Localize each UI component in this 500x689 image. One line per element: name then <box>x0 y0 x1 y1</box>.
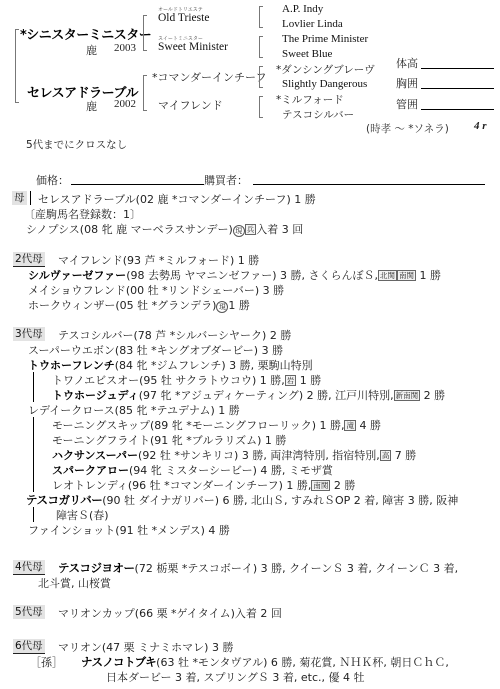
gen5-text: マリオンカップ(66 栗 *ゲイタイム)入着 2 回 <box>58 605 282 621</box>
brace-g3-4 <box>259 96 263 118</box>
gen2-row-1: シルヴァーゼファー(98 去勢馬 ヤマニンゼファー) 3 勝, さくらんぼＳ,北… <box>28 267 441 283</box>
gen3-row-8-name[interactable]: ハクサンスーパー <box>52 449 138 462</box>
shin-minamikan-region-icon: 新南関 <box>394 390 421 401</box>
sire-sire-name[interactable]: Old Trieste <box>158 12 209 24</box>
gen6-label: 6代母 <box>13 639 45 654</box>
gen3-row-13: ファインショット(91 牡 *メンデス) 4 勝 <box>28 522 230 538</box>
gen3-row-12: 障害Ｓ(春) <box>56 507 109 523</box>
gen3-row-10: レオトレンディ(96 牡 *コマンダーインチーフ) 1 勝,南関 2 勝 <box>52 477 355 493</box>
brace-g3-1 <box>259 6 263 28</box>
gen4-line-2: 北斗賞, 山桜賞 <box>38 575 111 591</box>
tree-line-1 <box>33 372 34 402</box>
g3-name-3[interactable]: The Prime Minister <box>282 33 368 45</box>
gen3-row-9-text: (94 牝 ミスターシービー) 4 勝, ミモザ賞 <box>129 464 333 477</box>
gen2-row-3-text: ホークウィンザー(05 牡 *グランデラ) <box>28 299 216 312</box>
minamikan-region-icon: 南関 <box>311 480 330 491</box>
gen3-row-8: ハクサンスーパー(92 牡 *サンキリコ) 3 勝, 両津湾特別, 指宿特別,高… <box>52 447 416 463</box>
g3-name-7[interactable]: *ミルフォード <box>276 92 344 107</box>
breeder-note: (時孝 ～ *ソネラ) <box>366 121 449 136</box>
chest-label: 胸囲 <box>396 75 418 91</box>
dam-offspring-text: シノプシス(08 牝 鹿 マーベラスサンデー) <box>26 223 233 236</box>
gen6-grandchild-line-1: ナスノコトブキ(63 牡 *モンタヴアル) 6 勝, 菊花賞, ＮＨＫ杯, 朝日… <box>81 654 449 670</box>
gen4-line-1: テスコジヨオー(72 栃栗 *テスコボーイ) 3 勝, クイーンＳ 3 着, ク… <box>58 560 458 576</box>
gen3-row-3-tail: 1 勝 <box>296 374 321 387</box>
gen2-row-3: ホークウィンザー(05 牡 *グランデラ)現1 勝 <box>28 297 250 313</box>
chest-input[interactable] <box>421 88 494 89</box>
gen2-row-3-tail: 1 勝 <box>228 299 250 312</box>
tree-line-3 <box>33 507 34 522</box>
dam-line-3: シノプシス(08 牝 鹿 マーベラスサンデー)現兵入着 3 回 <box>26 221 303 237</box>
dam-year: 2002 <box>114 98 136 110</box>
gen3-row-11-name[interactable]: テスコガリバー <box>26 493 102 507</box>
gen2-row-1-name[interactable]: シルヴァーゼファー <box>28 269 126 282</box>
buyer-input[interactable] <box>253 184 485 185</box>
gen2-label: 2代母 <box>13 252 45 267</box>
gen3-row-9-name[interactable]: スパークアロー <box>52 464 129 477</box>
dam-offspring-result: 入着 3 回 <box>256 223 303 236</box>
gen3-row-6: モーニングスキップ(89 牝 *モーニングフローリック) 1 勝,滝 4 勝 <box>52 417 381 433</box>
kitakan-region-icon: 北関 <box>378 270 397 281</box>
nagoya-region-icon: 滝 <box>344 420 356 431</box>
dam-line-2: 〔産駒馬名登録数：1〕 <box>24 206 141 222</box>
brace-g3-2 <box>259 36 263 58</box>
gen3-row-7: モーニングフライト(91 牝 *ブルラリズム) 1 勝 <box>52 432 286 448</box>
brace-outer <box>15 29 19 103</box>
iwate-region-icon: 岩 <box>285 375 297 386</box>
gen6-grandchild-line-2: 日本ダービー 3 着, スプリングＳ 3 着, etc., 優 4 牡 <box>106 669 364 685</box>
gen3-row-10-tail: 2 勝 <box>330 479 355 492</box>
buyer-label: 購買者： <box>204 172 248 188</box>
cannon-label: 管囲 <box>396 96 418 112</box>
price-input[interactable] <box>71 184 204 185</box>
cannon-input[interactable] <box>421 109 494 110</box>
gen4-text: (72 栃栗 *テスコボーイ) 3 勝, クイーンＳ 3 着, クイーンＣ 3 … <box>135 562 459 575</box>
gen3-label: 3代母 <box>13 327 45 341</box>
g3-name-8[interactable]: テスコシルバー <box>282 107 354 122</box>
height-input[interactable] <box>421 68 494 69</box>
gen3-row-4: トウホージュディ(97 牝 *アジュディケーティング) 2 勝, 江戸川特別,新… <box>52 387 445 403</box>
dam-color: 鹿 <box>86 98 97 114</box>
gen5-label: 5代母 <box>13 605 45 619</box>
brace-g3-3 <box>259 66 263 88</box>
dam-label-bar <box>30 191 31 205</box>
gen3-row-3: トワノエビスオー(95 牡 サクラトウコウ) 1 勝,岩 1 勝 <box>52 372 321 388</box>
gen3-row-8-tail: 7 勝 <box>391 449 416 462</box>
current-circle-icon: 現 <box>216 301 228 313</box>
gen4-name[interactable]: テスコジヨオー <box>58 561 135 575</box>
gen3-row-4-tail: 2 勝 <box>420 389 445 402</box>
g3-name-2[interactable]: Lovlier Linda <box>282 18 343 30</box>
dam-dam-name[interactable]: マイフレンド <box>158 97 223 113</box>
gen2-row-1-tail: 1 勝 <box>416 269 441 282</box>
price-label: 価格： <box>36 172 69 188</box>
dam-label: 母 <box>12 191 27 205</box>
gen3-row-11: テスコガリバー(90 牡 ダイナガリバー) 6 勝, 北山Ｓ, すみれＳOP 2… <box>26 492 458 508</box>
grandchild-name[interactable]: ナスノコトブキ <box>81 655 156 669</box>
gen2-row-2: メイショウフレンド(00 牡 *リンドシェーバー) 3 勝 <box>28 282 284 298</box>
tree-line-2 <box>33 417 34 492</box>
grandchild-text: (63 牡 *モンタヴアル) 6 勝, 菊花賞, ＮＨＫ杯, 朝日ＣｈＣ, <box>156 656 449 669</box>
gen3-row-10-text: レオトレンディ(96 牡 *コマンダーインチーフ) 1 勝, <box>52 479 311 492</box>
height-label: 体高 <box>396 55 418 71</box>
gen3-row-8-text: (92 牡 *サンキリコ) 3 勝, 両津湾特別, 指宿特別, <box>138 449 380 462</box>
gen3-row-11-text: (90 牡 ダイナガリバー) 6 勝, 北山Ｓ, すみれＳOP 2 着, 障害 … <box>102 494 458 507</box>
gen3-header: テスコシルバー(78 芦 *シルバーシヤーク) 2 勝 <box>58 327 291 343</box>
sire-year: 2003 <box>114 42 136 54</box>
gen3-row-4-name[interactable]: トウホージュディ <box>52 389 139 402</box>
gen3-row-6-tail: 4 勝 <box>356 419 381 432</box>
gen2-header: マイフレンド(93 芦 *ミルフォード) 1 勝 <box>58 252 259 268</box>
gen2-row-1-text: (98 去勢馬 ヤマニンゼファー) 3 勝, さくらんぼＳ, <box>126 269 378 282</box>
g3-name-1[interactable]: A.P. Indy <box>282 3 323 15</box>
brace-sire <box>143 15 147 51</box>
gen3-row-6-text: モーニングスキップ(89 牝 *モーニングフローリック) 1 勝, <box>52 419 344 432</box>
gen3-row-3-text: トワノエビスオー(95 牡 サクラトウコウ) 1 勝, <box>52 374 285 387</box>
current-circle-icon: 現 <box>233 225 245 237</box>
sire-dam-name[interactable]: Sweet Minister <box>158 41 228 53</box>
gen3-row-1: スーパーウエボン(83 牡 *キングオブダービー) 3 勝 <box>28 342 283 358</box>
gen3-row-2: トウホーフレンチ(84 牝 *ジムフレンチ) 3 勝, 栗駒山特別 <box>28 357 313 373</box>
brace-dam <box>143 75 147 111</box>
sire-color: 鹿 <box>86 42 97 58</box>
grandchild-label: ［孫］ <box>30 654 63 670</box>
dam-line-1: セレスアドラーブル(02 鹿 *コマンダーインチーフ) 1 勝 <box>38 191 316 207</box>
gen3-row-2-name[interactable]: トウホーフレンチ <box>28 359 115 372</box>
g3-name-5[interactable]: *ダンシングブレーヴ <box>276 62 375 77</box>
gen6-text: マリオン(47 栗 ミナミホマレ) 3 勝 <box>58 639 233 655</box>
minamikan-region-icon: 南関 <box>397 270 416 281</box>
kochi-region-icon: 高 <box>380 450 392 461</box>
g3-name-6[interactable]: Slightly Dangerous <box>282 78 367 90</box>
gen3-row-5: レデイークロース(85 牝 *テユデナム) 1 勝 <box>28 402 240 418</box>
gen3-row-4-text: (97 牝 *アジュディケーティング) 2 勝, 江戸川特別, <box>139 389 394 402</box>
sire-name[interactable]: *シニスターミニスター <box>20 24 151 43</box>
cross-note: 5代までにクロスなし <box>26 137 127 152</box>
gen4-label: 4代母 <box>13 560 45 575</box>
family-number: 4 r <box>474 120 487 132</box>
gen3-row-9: スパークアロー(94 牝 ミスターシービー) 4 勝, ミモザ賞 <box>52 462 333 478</box>
g3-name-4[interactable]: Sweet Blue <box>282 48 332 60</box>
gen3-row-2-text: (84 牝 *ジムフレンチ) 3 勝, 栗駒山特別 <box>115 359 313 372</box>
dam-sire-name[interactable]: *コマンダーインチーフ <box>152 69 267 85</box>
hyogo-region-icon: 兵 <box>245 224 257 235</box>
